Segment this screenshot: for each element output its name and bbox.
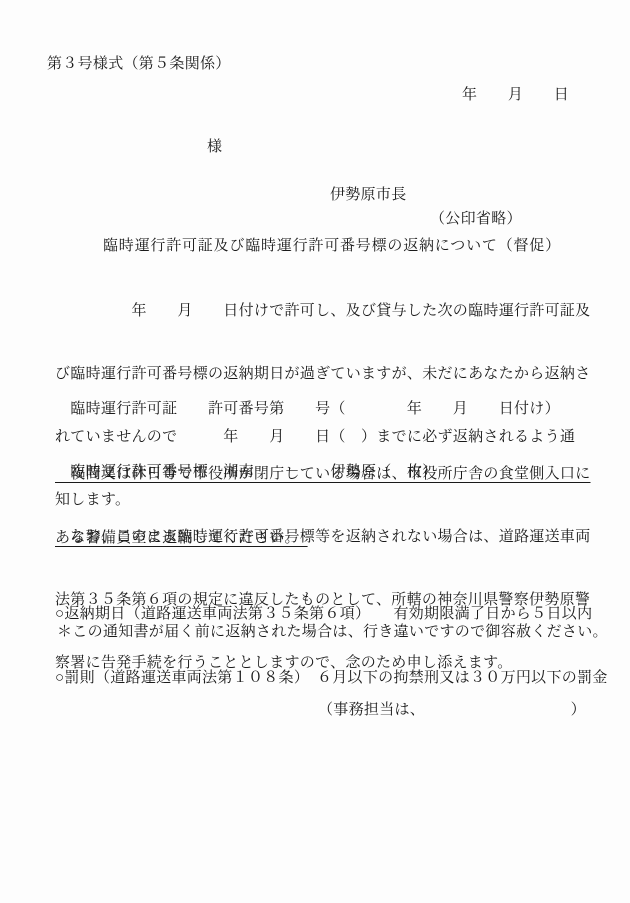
date-line: 年 月 日 xyxy=(462,85,569,106)
form-number: 第３号様式（第５条関係） xyxy=(47,54,231,75)
document-page: 第３号様式（第５条関係） 年 月 日 様 伊勢原市長 （公印省略） 臨時運行許可… xyxy=(0,0,630,903)
clerk-in-charge-line: （事務担当は、 ） xyxy=(318,700,586,721)
permit-cert-line: 臨時運行許可証 許可番号第 号（ 年 月 日付け） xyxy=(55,399,560,420)
addressee-honorific: 様 xyxy=(207,137,222,158)
seal-omitted-note: （公印省略） xyxy=(430,209,522,230)
note-line: ＊この通知書が届く前に返納された場合は、行き違いですので御容赦ください。 xyxy=(57,622,608,643)
document-title: 臨時運行許可証及び臨時運行許可番号標の返納について（督促） xyxy=(103,236,561,257)
night-return-notice-line: 夜間又は休日等で市役所が閉庁している場合は、市役所庁舎の食堂側入口に xyxy=(55,463,591,485)
warning-line: なお、このまま臨時運行許可番号標等を返納されない場合は、道路運送車両 xyxy=(55,527,591,548)
mayor-name: 伊勢原市長 xyxy=(330,185,407,206)
penalty-item: ○罰則（道路運送車両法第１０８条） ６月以下の拘禁刑又は３０万円以下の罰金 xyxy=(55,667,608,689)
body-line: 年 月 日付けで許可し、及び貸与した次の臨時運行許可証及 xyxy=(55,301,591,322)
